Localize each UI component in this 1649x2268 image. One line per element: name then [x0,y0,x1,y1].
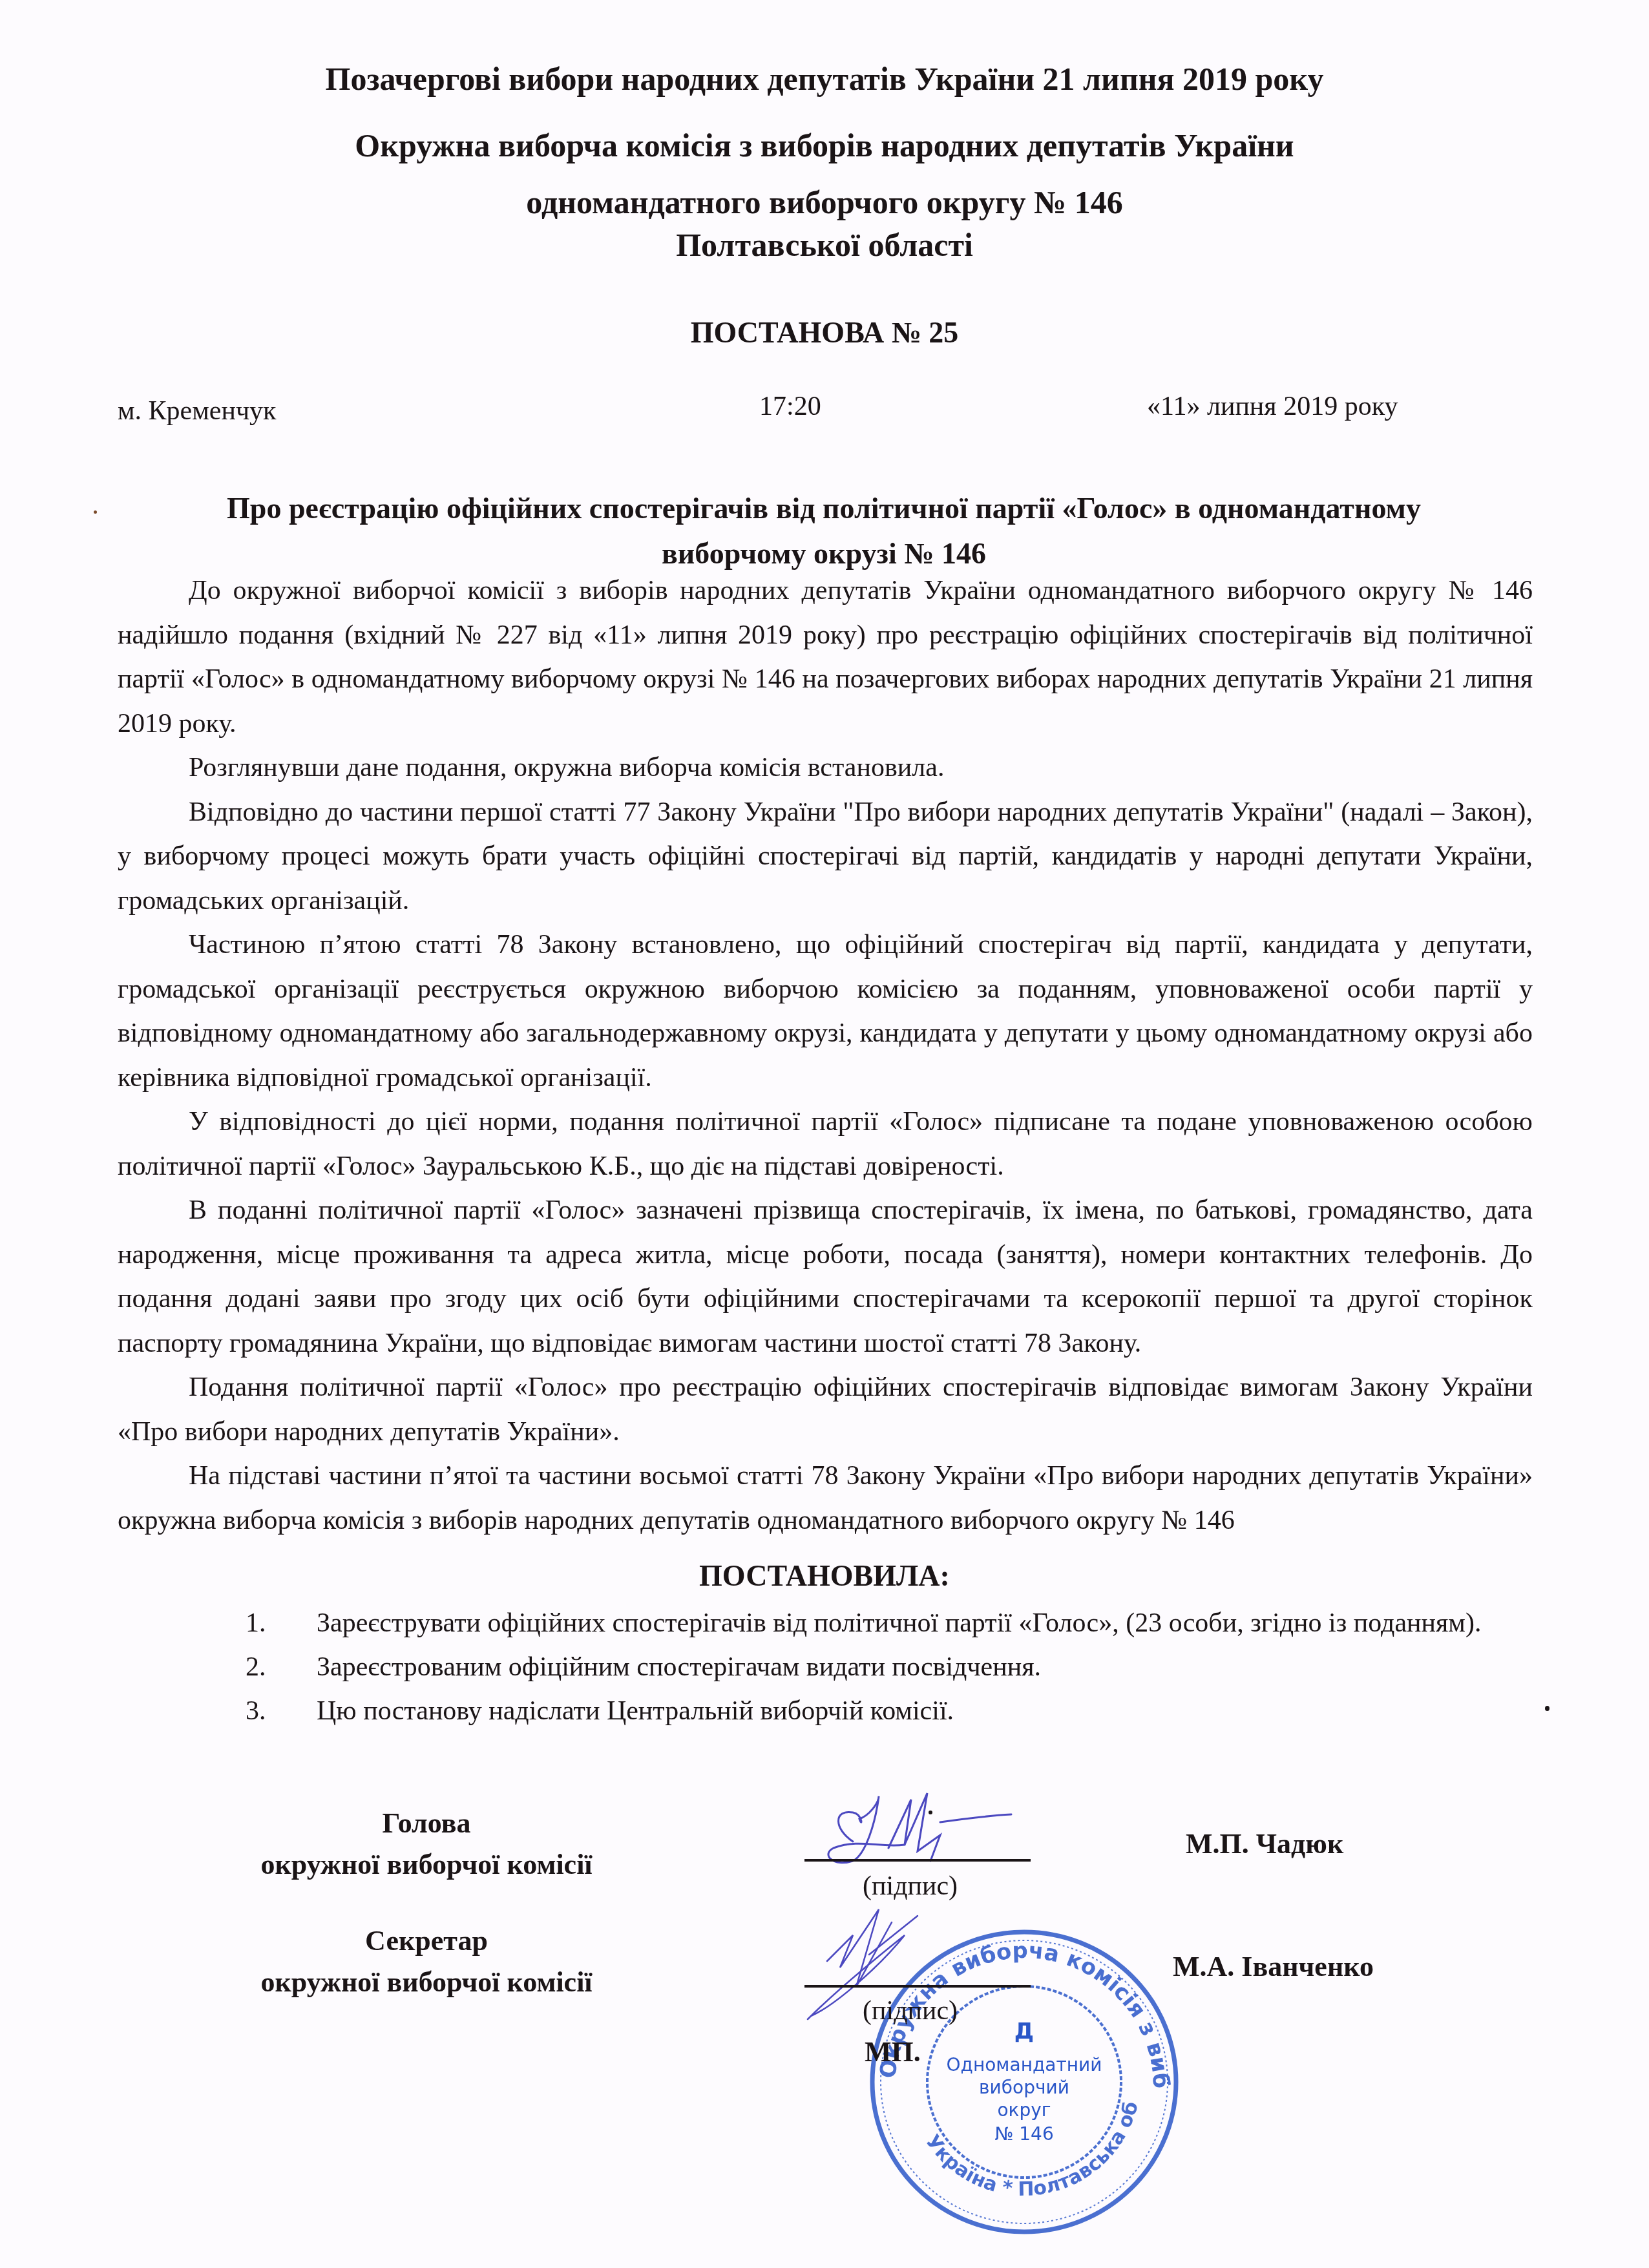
secretary-role-line2: окружної виборчої комісії [200,1962,653,2003]
scan-speck [1545,1706,1549,1711]
commission-name-line3: Полтавської області [0,216,1649,274]
scan-speck [94,510,97,514]
secretary-role-line1: Секретар [200,1920,653,1962]
secretary-signature-caption: (підпис) [863,1995,958,2026]
svg-text:Д: Д [1014,2019,1034,2044]
chair-signature-line [804,1859,1031,1862]
svg-text:№ 146: № 146 [994,2123,1053,2145]
resolution-city: м. Кременчук [118,395,276,426]
decision-item-text: Зареєстрованим офіційним спостерігачам в… [317,1652,1041,1682]
decision-item-text: Зареєструвати офіційних спостерігачів ві… [317,1608,1481,1638]
resolution-date: «11» липня 2019 року [1147,391,1398,422]
decision-heading: ПОСТАНОВИЛА: [0,1559,1649,1593]
body-paragraph: На підставі частини п’ятої та частини во… [118,1454,1533,1542]
chair-role-line1: Голова [200,1803,653,1844]
resolution-title: ПОСТАНОВА № 25 [0,315,1649,350]
body-paragraph: Частиною п’ятою статті 78 Закону встанов… [118,923,1533,1100]
body-paragraph: До окружної виборчої комісії з виборів н… [118,569,1533,746]
secretary-role: Секретар окружної виборчої комісії [200,1920,653,2003]
decision-item-number: 1. [246,1601,266,1645]
body-paragraph: Відповідно до частини першої статті 77 З… [118,790,1533,923]
chair-name: М.П. Чадюк [1186,1827,1343,1860]
seal-label: МП. [865,2035,921,2068]
commission-name-line1: Окружна виборча комісія з виборів народн… [0,116,1649,174]
resolution-body: До окружної виборчої комісії з виборів н… [118,569,1533,1542]
svg-text:Одномандатний: Одномандатний [947,2054,1102,2075]
secretary-name: М.А. Іванченко [1173,1950,1374,1983]
decision-item-text: Цю постанову надіслати Центральній вибор… [317,1696,954,1726]
decision-list: 1. Зареєструвати офіційних спостерігачів… [246,1601,1531,1733]
svg-text:округ: округ [997,2099,1051,2121]
decision-item-number: 2. [246,1645,266,1689]
decision-item-number: 3. [246,1689,266,1733]
body-paragraph: У відповідності до цієї норми, подання п… [118,1100,1533,1188]
election-title: Позачергові вибори народних депутатів Ук… [0,59,1649,98]
body-paragraph: Подання політичної партії «Голос» про ре… [118,1365,1533,1454]
body-paragraph: В поданні політичної партії «Голос» зазн… [118,1188,1533,1365]
decision-item-2: 2. Зареєстрованим офіційним спостерігача… [246,1645,1531,1689]
decision-item-1: 1. Зареєструвати офіційних спостерігачів… [246,1601,1531,1645]
chair-role-line2: окружної виборчої комісії [200,1844,653,1885]
chair-role: Голова окружної виборчої комісії [200,1803,653,1885]
resolution-subject: Про реєстрацію офіційних спостерігачів в… [116,486,1531,576]
secretary-signature-line [804,1985,1031,1988]
svg-text:виборчий: виборчий [979,2077,1069,2098]
subject-line1: Про реєстрацію офіційних спостерігачів в… [116,486,1531,531]
resolution-time: 17:20 [759,391,821,422]
decision-item-3: 3. Цю постанову надіслати Центральній ви… [246,1689,1531,1733]
body-paragraph: Розглянувши дане подання, окружна виборч… [118,746,1533,790]
